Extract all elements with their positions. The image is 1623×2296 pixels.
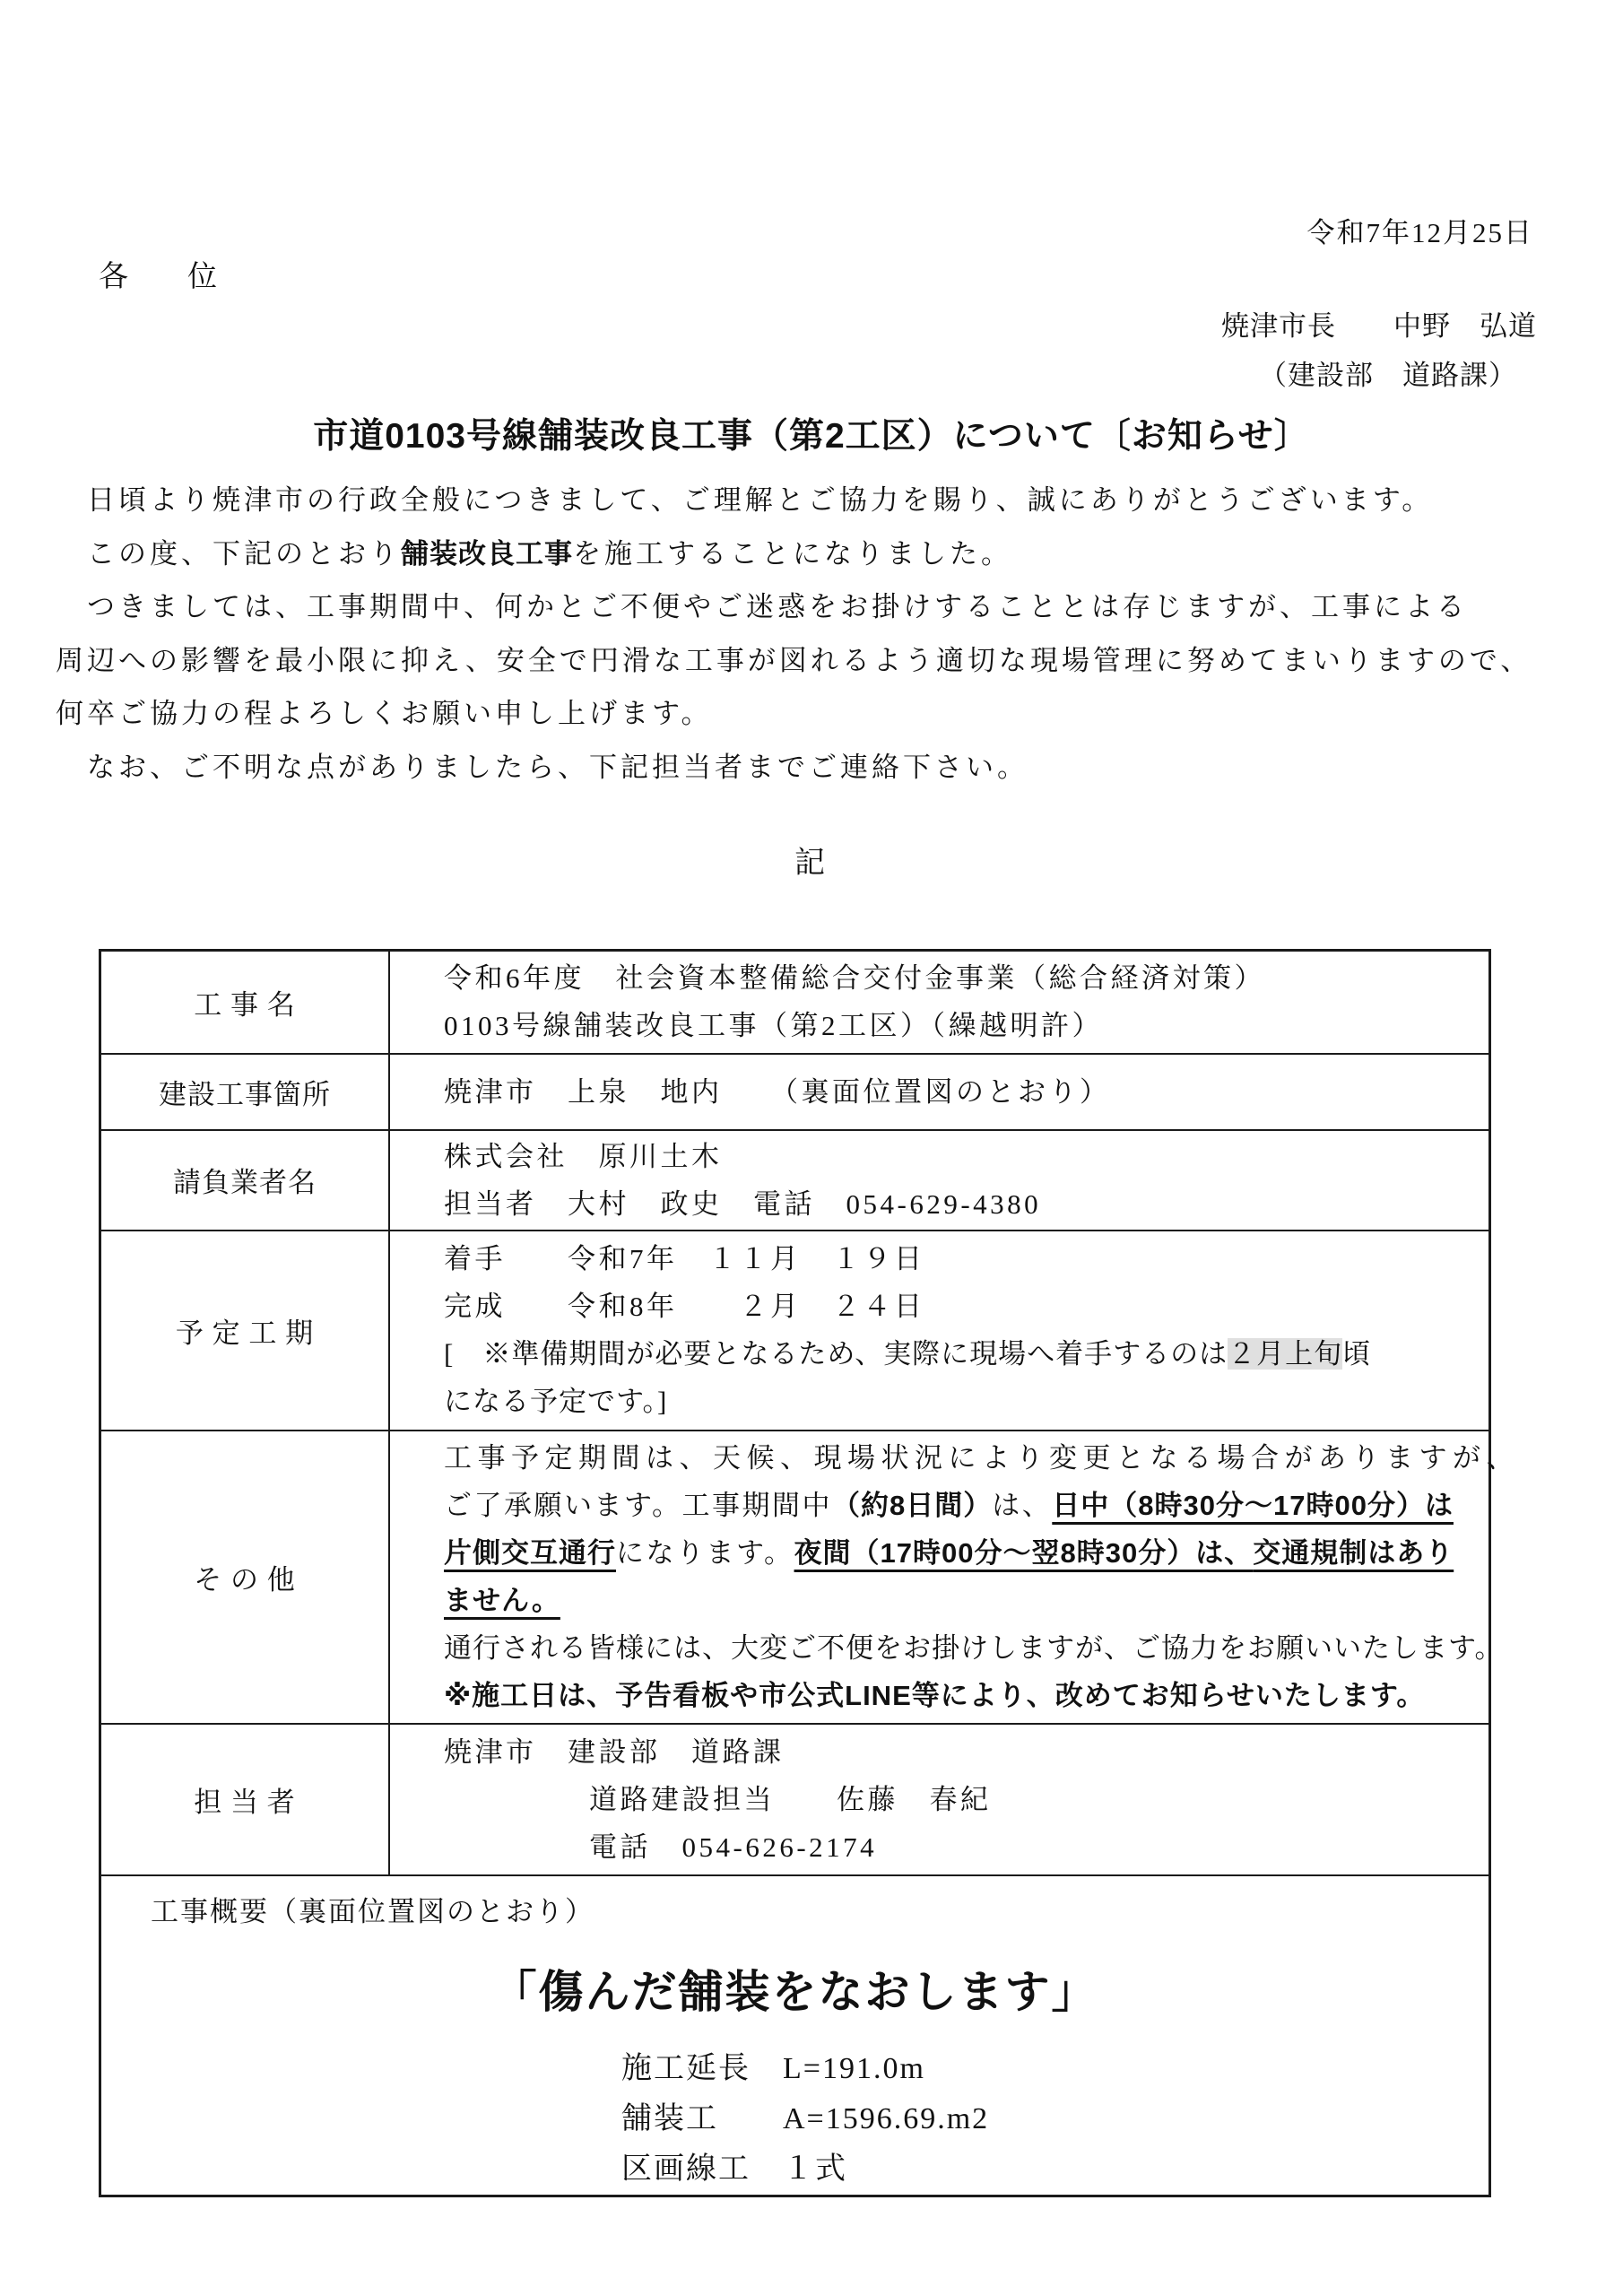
other-apology-line: 通行される皆様には、大変ご不便をお掛けしますが、ご協力をお願いいたします。 bbox=[444, 1624, 1480, 1672]
recipient-line: 各 位 bbox=[99, 253, 217, 295]
announcement-pre: この度、下記のとおり bbox=[56, 538, 401, 570]
work-summary-slogan: 「傷んだ舗装をなおします」 bbox=[101, 1956, 1488, 2021]
work-specs: 施工延長 L=191.0m 舗装工 A=1596.69.m2 区画線工 １式 bbox=[101, 2044, 1488, 2195]
paragraph-apology-line3: 何卒ご協力の程よろしくお願い申し上げます。 bbox=[56, 687, 1569, 741]
table-row: 工事概要（裏面位置図のとおり） 「傷んだ舗装をなおします」 施工延長 L=191… bbox=[100, 1875, 1490, 2196]
other-line-notice-bold: ※施工日は、予告看板や市公式LINE等により、改めてお知らせいたします。 bbox=[444, 1680, 1425, 1711]
schedule-note-line2: になる予定です。] bbox=[444, 1378, 1480, 1425]
paragraph-announcement: この度、下記のとおり舗装改良工事を施工することになりました。 bbox=[56, 527, 1569, 581]
table-row: 工 事 名 令和6年度 社会資本整備総合交付金事業（総合経済対策） 0103号線… bbox=[100, 951, 1490, 1054]
other-line3: 片側交互通行になります。夜間（17時00分～翌8時30分）は、交通規制はあり bbox=[444, 1529, 1480, 1577]
site-location-cell: 焼津市 上泉 地内 （裏面位置図のとおり） bbox=[389, 1054, 1490, 1130]
other-one-lane-traffic: 片側交互通行 bbox=[444, 1537, 616, 1569]
schedule-note-pre: [ ※準備期間が必要となるため、実際に現場へ着手するのは bbox=[444, 1338, 1228, 1370]
row-label-schedule: 予 定 工 期 bbox=[100, 1231, 390, 1431]
contact-city-dept: 焼津市 建設部 道路課 bbox=[444, 1728, 1480, 1776]
schedule-note-line1: [ ※準備期間が必要となるため、実際に現場へ着手するのは２月上旬頃 bbox=[444, 1330, 1480, 1378]
schedule-start-date: 着手 令和7年 １１月 １９日 bbox=[444, 1235, 1480, 1283]
paragraph-apology-line2: 周辺への影響を最小限に抑え、安全で円滑な工事が図れるよう適切な現場管理に努めてま… bbox=[56, 634, 1569, 688]
page-title: 市道0103号線舗装改良工事（第2工区）について〔お知らせ〕 bbox=[0, 408, 1623, 458]
other-info-cell: 工事予定期間は、天候、現場状況により変更となる場合がありますが、 ご了承願います… bbox=[389, 1431, 1490, 1724]
work-summary-cell: 工事概要（裏面位置図のとおり） 「傷んだ舗装をなおします」 施工延長 L=191… bbox=[100, 1875, 1490, 2196]
contact-phone: 電話 054-626-2174 bbox=[444, 1823, 1480, 1871]
table-row: そ の 他 工事予定期間は、天候、現場状況により変更となる場合がありますが、 ご… bbox=[100, 1431, 1490, 1724]
other-night-hours: 夜間（17時00分～翌8時30分）は、 bbox=[794, 1537, 1254, 1569]
paragraph-greeting: 日頃より焼津市の行政全般につきまして、ご理解とご協力を賜り、誠にありがとうござい… bbox=[56, 474, 1569, 527]
other-line6: ※施工日は、予告看板や市公式LINE等により、改めてお知らせいたします。 bbox=[444, 1672, 1480, 1719]
site-location-line: 焼津市 上泉 地内 （裏面位置図のとおり） bbox=[444, 1068, 1480, 1116]
other-daytime-hours: 日中（8時30分～17時00分）は bbox=[1052, 1490, 1454, 1521]
contractor-contact: 担当者 大村 政史 電話 054-629-4380 bbox=[444, 1180, 1480, 1228]
table-row: 担 当 者 焼津市 建設部 道路課 道路建設担当 佐藤 春紀 電話 054-62… bbox=[100, 1724, 1490, 1875]
other-no-restriction-part1: 交通規制はあり bbox=[1253, 1537, 1454, 1569]
other-line4: ません。 bbox=[444, 1577, 1480, 1624]
spec-length: 施工延長 L=191.0m bbox=[621, 2044, 1488, 2094]
other-line2-normal2: は、 bbox=[992, 1490, 1052, 1521]
announcement-post: を施工することになりました。 bbox=[573, 538, 1012, 570]
paragraph-contact-note: なお、ご不明な点がありましたら、下記担当者までご連絡下さい。 bbox=[56, 741, 1569, 795]
body-paragraphs: 日頃より焼津市の行政全般につきまして、ご理解とご協力を賜り、誠にありがとうござい… bbox=[56, 474, 1569, 794]
other-no-restriction-part2: ません。 bbox=[444, 1585, 560, 1616]
spec-lane-marking: 区画線工 １式 bbox=[621, 2144, 1488, 2195]
row-label-site-location: 建設工事箇所 bbox=[100, 1054, 390, 1130]
spec-pavement-area: 舗装工 A=1596.69.m2 bbox=[621, 2094, 1488, 2144]
document-date: 令和7年12月25日 bbox=[1307, 210, 1534, 250]
row-label-other: そ の 他 bbox=[100, 1431, 390, 1724]
notice-document-page: 令和7年12月25日 各 位 焼津市長 中野 弘道 （建設部 道路課） 市道01… bbox=[0, 0, 1623, 2296]
contractor-company: 株式会社 原川土木 bbox=[444, 1133, 1480, 1180]
other-line3-normal: になります。 bbox=[616, 1537, 794, 1569]
table-row: 請負業者名 株式会社 原川土木 担当者 大村 政史 電話 054-629-438… bbox=[100, 1130, 1490, 1231]
row-label-contractor: 請負業者名 bbox=[100, 1130, 390, 1231]
project-name-line2: 0103号線舗装改良工事（第2工区）（繰越明許） bbox=[444, 1002, 1480, 1049]
project-name-cell: 令和6年度 社会資本整備総合交付金事業（総合経済対策） 0103号線舗装改良工事… bbox=[389, 951, 1490, 1054]
announcement-work-name: 舗装改良工事 bbox=[401, 538, 573, 570]
sender-mayor-name: 焼津市長 中野 弘道 bbox=[1221, 303, 1537, 344]
contact-person-cell: 焼津市 建設部 道路課 道路建設担当 佐藤 春紀 電話 054-626-2174 bbox=[389, 1724, 1490, 1875]
table-row: 予 定 工 期 着手 令和7年 １１月 １９日 完成 令和8年 ２月 ２４日 [… bbox=[100, 1231, 1490, 1431]
schedule-end-date: 完成 令和8年 ２月 ２４日 bbox=[444, 1283, 1480, 1330]
other-line2: ご了承願います。工事期間中（約8日間）は、日中（8時30分～17時00分）は bbox=[444, 1482, 1480, 1529]
sender-department: （建設部 道路課） bbox=[1259, 352, 1517, 393]
schedule-note-post: 頃 bbox=[1342, 1338, 1371, 1370]
contact-person-name: 道路建設担当 佐藤 春紀 bbox=[444, 1776, 1480, 1823]
other-line2-normal1: ご了承願います。工事期間中 bbox=[444, 1490, 832, 1521]
work-summary-heading: 工事概要（裏面位置図のとおり） bbox=[151, 1889, 1488, 1929]
schedule-note-highlight: ２月上旬 bbox=[1228, 1338, 1342, 1370]
other-duration-bold: （約8日間） bbox=[832, 1490, 992, 1521]
table-row: 建設工事箇所 焼津市 上泉 地内 （裏面位置図のとおり） bbox=[100, 1054, 1490, 1130]
schedule-cell: 着手 令和7年 １１月 １９日 完成 令和8年 ２月 ２４日 [ ※準備期間が必… bbox=[389, 1231, 1490, 1431]
ki-mark: 記 bbox=[0, 838, 1623, 882]
paragraph-apology-line1: つきましては、工事期間中、何かとご不便やご迷惑をお掛けすることとは存じますが、工… bbox=[56, 580, 1569, 634]
contractor-cell: 株式会社 原川土木 担当者 大村 政史 電話 054-629-4380 bbox=[389, 1130, 1490, 1231]
row-label-project-name: 工 事 名 bbox=[100, 951, 390, 1054]
other-line1: 工事予定期間は、天候、現場状況により変更となる場合がありますが、 bbox=[444, 1434, 1480, 1482]
row-label-contact-person: 担 当 者 bbox=[100, 1724, 390, 1875]
project-name-line1: 令和6年度 社会資本整備総合交付金事業（総合経済対策） bbox=[444, 954, 1480, 1002]
construction-notice-table: 工 事 名 令和6年度 社会資本整備総合交付金事業（総合経済対策） 0103号線… bbox=[99, 949, 1491, 2197]
